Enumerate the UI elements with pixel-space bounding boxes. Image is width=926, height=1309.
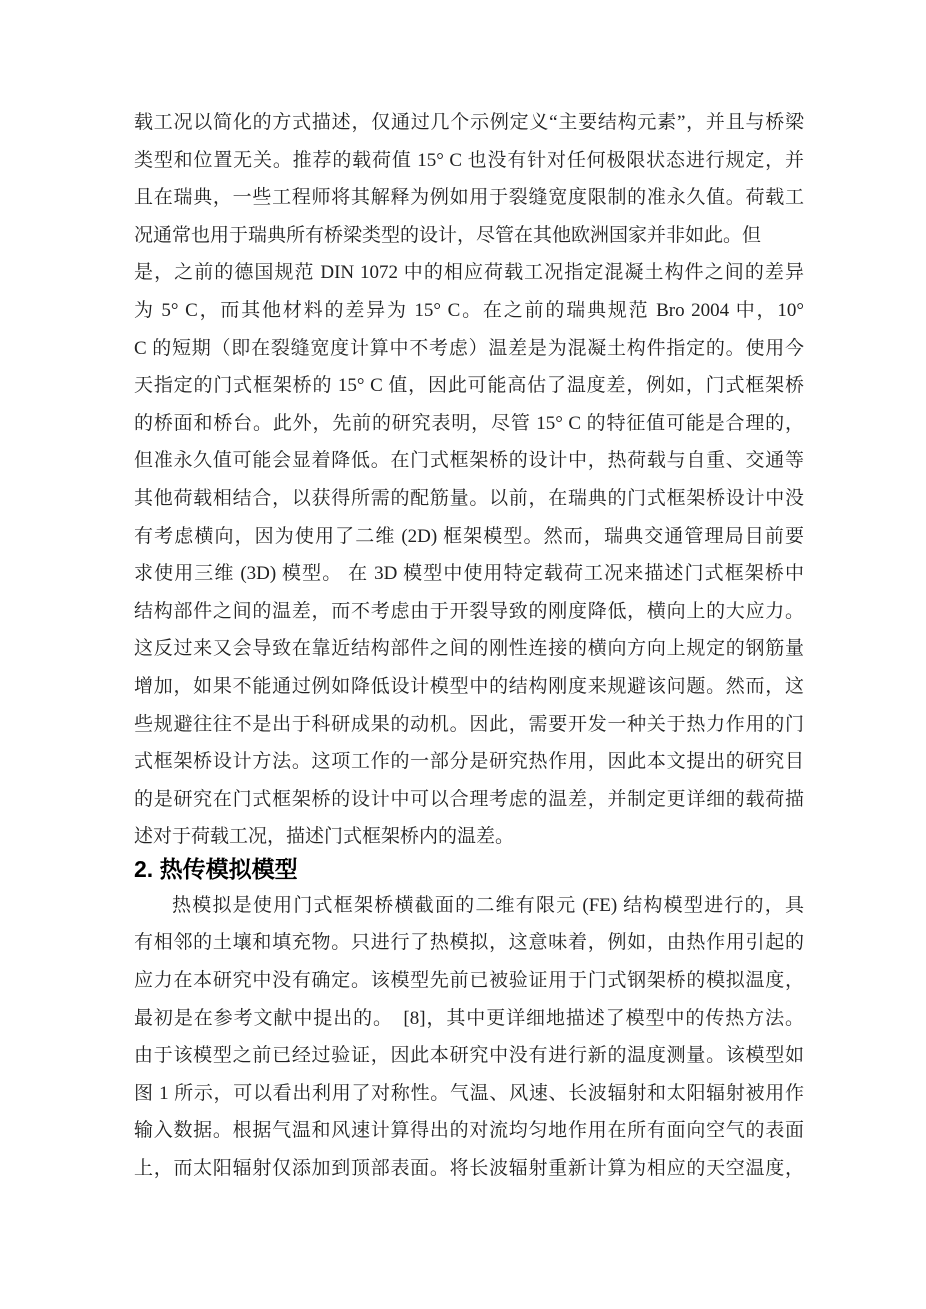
- text-line: 增加，如果不能通过例如降低设计模型中的结构刚度来规避该问题。然而，这: [134, 668, 804, 706]
- text-line: 求使用三维 (3D) 模型。 在 3D 模型中使用特定载荷工况来描述门式框架桥中: [134, 555, 804, 593]
- text-line: 类型和位置无关。推荐的载荷值 15° C 也没有针对任何极限状态进行规定，并: [134, 142, 804, 180]
- text-line: 最初是在参考文献中提出的。 [8]，其中更详细地描述了模型中的传热方法。: [134, 1000, 804, 1038]
- text-line: 这反过来又会导致在靠近结构部件之间的刚性连接的横向方向上规定的钢筋量: [134, 630, 804, 668]
- text-line: C 的短期（即在裂缝宽度计算中不考虑）温差是为混凝土构件指定的。使用今: [134, 330, 804, 368]
- text-line: 式框架桥设计方法。这项工作的一部分是研究热作用，因此本文提出的研究目: [134, 743, 804, 781]
- text-line: 些规避往往不是出于科研成果的动机。因此，需要开发一种关于热力作用的门: [134, 706, 804, 744]
- text-line: 有相邻的土壤和填充物。只进行了热模拟，这意味着，例如，由热作用引起的: [134, 924, 804, 962]
- section-heading: 2. 热传模拟模型: [134, 856, 804, 882]
- text-line: 述对于荷载工况，描述门式框架桥内的温差。: [134, 818, 804, 856]
- text-line: 况通常也用于瑞典所有桥梁类型的设计，尽管在其他欧洲国家并非如此。但: [134, 217, 804, 255]
- text-line: 有考虑横向，因为使用了二维 (2D) 框架模型。然而，瑞典交通管理局目前要: [134, 518, 804, 556]
- text-line: 为 5° C，而其他材料的差异为 15° C。在之前的瑞典规范 Bro 2004…: [134, 292, 804, 330]
- text-line: 其他荷载相结合，以获得所需的配筋量。以前，在瑞典的门式框架桥设计中没: [134, 480, 804, 518]
- text-line: 由于该模型之前已经过验证，因此本研究中没有进行新的温度测量。该模型如: [134, 1037, 804, 1075]
- text-line: 天指定的门式框架桥的 15° C 值，因此可能高估了温度差，例如，门式框架桥: [134, 367, 804, 405]
- text-line: 且在瑞典，一些工程师将其解释为例如用于裂缝宽度限制的准永久值。荷载工: [134, 179, 804, 217]
- text-block: 载工况以简化的方式描述，仅通过几个示例定义“主要结构元素”，并且与桥梁 类型和位…: [134, 104, 804, 1188]
- text-line: 的桥面和桥台。此外，先前的研究表明，尽管 15° C 的特征值可能是合理的，: [134, 405, 804, 443]
- text-line: 图 1 所示，可以看出利用了对称性。气温、风速、长波辐射和太阳辐射被用作: [134, 1075, 804, 1113]
- paragraph-1: 载工况以简化的方式描述，仅通过几个示例定义“主要结构元素”，并且与桥梁 类型和位…: [134, 104, 804, 856]
- text-line: 是，之前的德国规范 DIN 1072 中的相应荷载工况指定混凝土构件之间的差异: [134, 254, 804, 292]
- text-line: 载工况以简化的方式描述，仅通过几个示例定义“主要结构元素”，并且与桥梁: [134, 104, 804, 142]
- text-line: 结构部件之间的温差，而不考虑由于开裂导致的刚度降低，横向上的大应力。: [134, 593, 804, 631]
- text-line: 的是研究在门式框架桥的设计中可以合理考虑的温差，并制定更详细的载荷描: [134, 781, 804, 819]
- text-line: 但准永久值可能会显着降低。在门式框架桥的设计中，热荷载与自重、交通等: [134, 442, 804, 480]
- document-page: 载工况以简化的方式描述，仅通过几个示例定义“主要结构元素”，并且与桥梁 类型和位…: [0, 0, 926, 1309]
- text-line: 应力在本研究中没有确定。该模型先前已被验证用于门式钢架桥的模拟温度，: [134, 962, 804, 1000]
- text-line: 上，而太阳辐射仅添加到顶部表面。将长波辐射重新计算为相应的天空温度，: [134, 1150, 804, 1188]
- text-line: 热模拟是使用门式框架桥横截面的二维有限元 (FE) 结构模型进行的，具: [134, 887, 804, 925]
- text-line: 输入数据。根据气温和风速计算得出的对流均匀地作用在所有面向空气的表面: [134, 1112, 804, 1150]
- paragraph-2: 热模拟是使用门式框架桥横截面的二维有限元 (FE) 结构模型进行的，具 有相邻的…: [134, 887, 804, 1188]
